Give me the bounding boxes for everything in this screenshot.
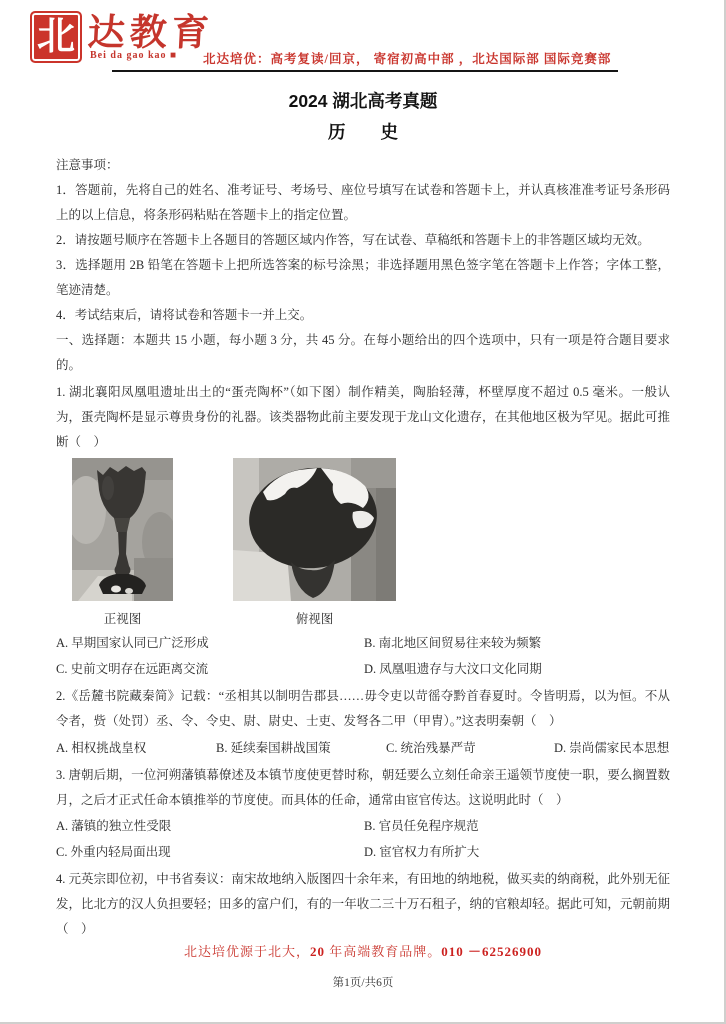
option-c: C. 外重内轻局面出现 (56, 839, 364, 865)
subject-title: 历 史 (56, 119, 670, 145)
header: 北 达教育 Bei da gao kao ■ 北达培优：高考复读/回京， 寄宿初… (0, 0, 726, 82)
footer-phone: 010 －62526900 (441, 944, 542, 959)
question-1: 1. 湖北襄阳凤凰咀遗址出土的“蛋壳陶杯”（如下图）制作精美，陶胎轻薄，杯壁厚度… (56, 380, 670, 682)
notice-item: 2．请按题号顺序在答题卡上各题目的答题区域内作答，写在试卷、草稿纸和答题卡上的非… (56, 228, 670, 253)
question-3-stem: 3. 唐朝后期，一位河朔藩镇幕僚述及本镇节度使更替时称，朝廷要么立刻任命亲王遥领… (56, 763, 670, 813)
question-4: 4. 元英宗即位初，中书省奏议：南宋故地纳入版图四十余年来，有田地的纳地税，做买… (56, 867, 670, 942)
question-1-options: A. 早期国家认同已广泛形成 B. 南北地区间贸易往来较为频繁 C. 史前文明存… (56, 630, 670, 682)
option-d: D. 宦官权力有所扩大 (364, 839, 670, 865)
figure-caption-front-view: 正视图 (72, 608, 173, 630)
front-view-photo (72, 458, 173, 601)
option-a: A. 藩镇的独立性受限 (56, 813, 364, 839)
footer-promo-line: 北达培优源于北大，20 年高端教育品牌。010 －62526900 (0, 941, 726, 960)
question-2: 2.《岳麓书院藏秦简》记载：“丞相其以制明告郡县……毋令吏以苛徭夺黔首春夏时。令… (56, 684, 670, 761)
brand-subtext: Bei da gao kao ■ (90, 50, 177, 61)
question-1-figures: 正视图 (72, 458, 670, 630)
notices-section: 注意事项： 1．答题前，先将自己的姓名、准考证号、考场号、座位号填写在试卷和答题… (56, 153, 670, 328)
beida-seal-logo: 北 (30, 11, 82, 63)
option-c: C. 统治残暴严苛 (386, 735, 554, 761)
figure-top-view: 俯视图 (233, 458, 396, 630)
question-3-options: A. 藩镇的独立性受限 B. 官员任免程序规范 C. 外重内轻局面出现 D. 宦… (56, 813, 670, 865)
figure-caption-top-view: 俯视图 (233, 608, 396, 630)
footer-years: 20 (310, 944, 325, 959)
question-4-stem: 4. 元英宗即位初，中书省奏议：南宋故地纳入版图四十余年来，有田地的纳地税，做买… (56, 867, 670, 942)
header-slogan: 北达培优：高考复读/回京， 寄宿初高中部 ，北达国际部 国际竞赛部 (203, 49, 611, 67)
option-a: A. 早期国家认同已广泛形成 (56, 630, 364, 656)
brand-name: 达教育 (87, 2, 216, 56)
section-one-heading: 一、选择题：本题共 15 小题，每小题 3 分，共 45 分。在每小题给出的四个… (56, 328, 670, 378)
notices-heading: 注意事项： (56, 153, 670, 178)
exam-title: 2024 湖北高考真题 (56, 88, 670, 114)
question-3: 3. 唐朝后期，一位河朔藩镇幕僚述及本镇节度使更替时称，朝廷要么立刻任命亲王遥领… (56, 763, 670, 865)
header-divider (112, 70, 618, 72)
top-view-photo (233, 458, 396, 601)
question-2-options: A. 相权挑战皇权 B. 延续秦国耕战国策 C. 统治残暴严苛 D. 崇尚儒家民… (56, 735, 670, 761)
option-b: B. 官员任免程序规范 (364, 813, 670, 839)
option-c: C. 史前文明存在远距离交流 (56, 656, 364, 682)
exam-paper-page: 北 达教育 Bei da gao kao ■ 北达培优：高考复读/回京， 寄宿初… (0, 0, 726, 1024)
option-b: B. 南北地区间贸易往来较为频繁 (364, 630, 670, 656)
page-indicator: 第1页/共6页 (0, 974, 726, 990)
seal-character: 北 (37, 18, 75, 56)
document-body: 2024 湖北高考真题 历 史 注意事项： 1．答题前，先将自己的姓名、准考证号… (0, 80, 726, 942)
question-1-stem: 1. 湖北襄阳凤凰咀遗址出土的“蛋壳陶杯”（如下图）制作精美，陶胎轻薄，杯壁厚度… (56, 380, 670, 455)
notice-item: 4．考试结束后，请将试卷和答题卡一并上交。 (56, 303, 670, 328)
figure-front-view: 正视图 (72, 458, 173, 630)
option-b: B. 延续秦国耕战国策 (216, 735, 386, 761)
option-d: D. 崇尚儒家民本思想 (554, 735, 670, 761)
option-d: D. 凤凰咀遗存与大汶口文化同期 (364, 656, 670, 682)
question-2-stem: 2.《岳麓书院藏秦简》记载：“丞相其以制明告郡县……毋令吏以苛徭夺黔首春夏时。令… (56, 684, 670, 734)
notice-item: 3．选择题用 2B 铅笔在答题卡上把所选答案的标号涂黑；非选择题用黑色签字笔在答… (56, 253, 670, 303)
notice-item: 1．答题前，先将自己的姓名、准考证号、考场号、座位号填写在试卷和答题卡上，并认真… (56, 178, 670, 228)
footer-text: 北达培优源于北大， (184, 944, 310, 959)
option-a: A. 相权挑战皇权 (56, 735, 216, 761)
footer-text: 年高端教育品牌。 (325, 944, 441, 959)
